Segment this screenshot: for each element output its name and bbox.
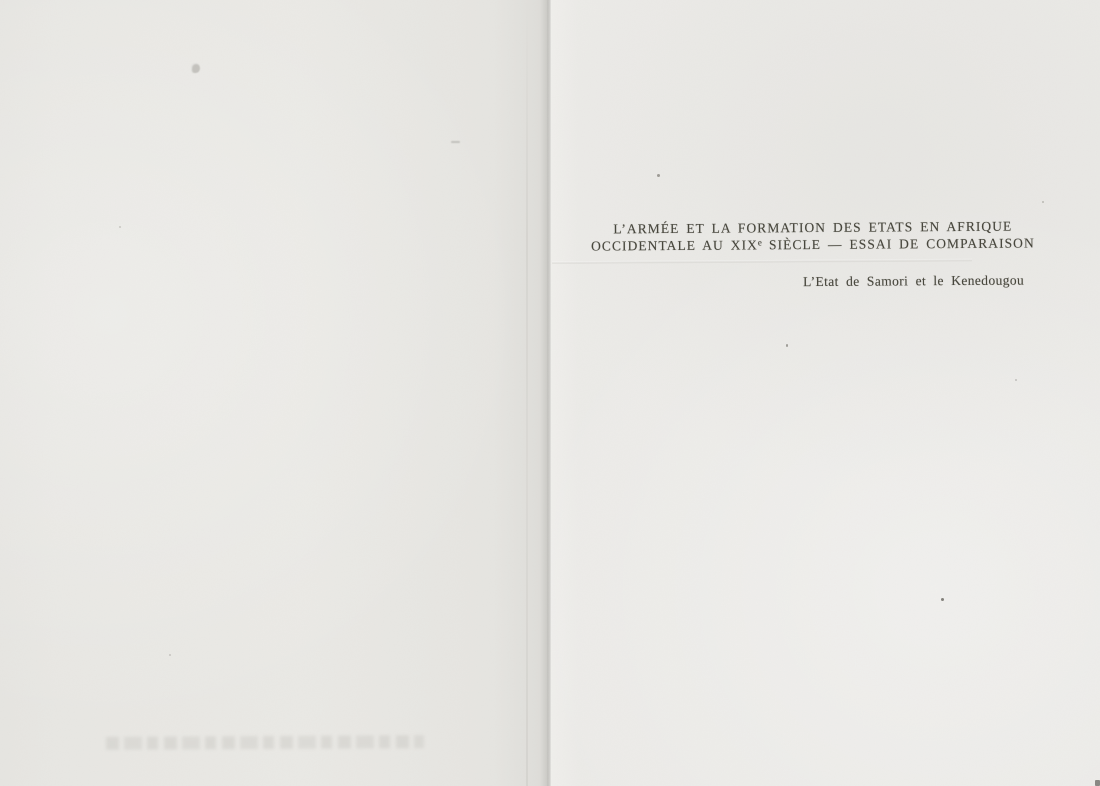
dust-speck [169,654,171,656]
dust-speck [1015,379,1017,381]
corner-mark [1095,780,1100,786]
dust-speck [1042,201,1044,203]
right-page [551,0,1100,786]
dust-speck [941,598,944,601]
dust-speck [119,226,121,228]
dust-dash-mark [451,141,460,143]
article-title-line-2: OCCIDENTALE AU XIXe SIÈCLE — ESSAI DE CO… [588,233,1038,253]
article-subtitle: L’Etat de Samori et le Kenedougou [588,273,1024,292]
ink-smudge [191,63,200,73]
dust-speck [786,344,788,347]
title-block: L’ARMÉE ET LA FORMATION DES ETATS EN AFR… [588,218,1038,291]
article-title-line-2-text-cont: SIÈCLE — ESSAI DE COMPARAISON [762,235,1035,252]
dust-speck [657,174,660,177]
scanned-book-spread: L’ARMÉE ET LA FORMATION DES ETATS EN AFR… [0,0,1100,786]
bleed-through-text [106,735,424,750]
article-title-line-2-text: OCCIDENTALE AU XIX [591,237,758,253]
left-page-crease [526,0,528,786]
left-page-blank [0,0,548,786]
